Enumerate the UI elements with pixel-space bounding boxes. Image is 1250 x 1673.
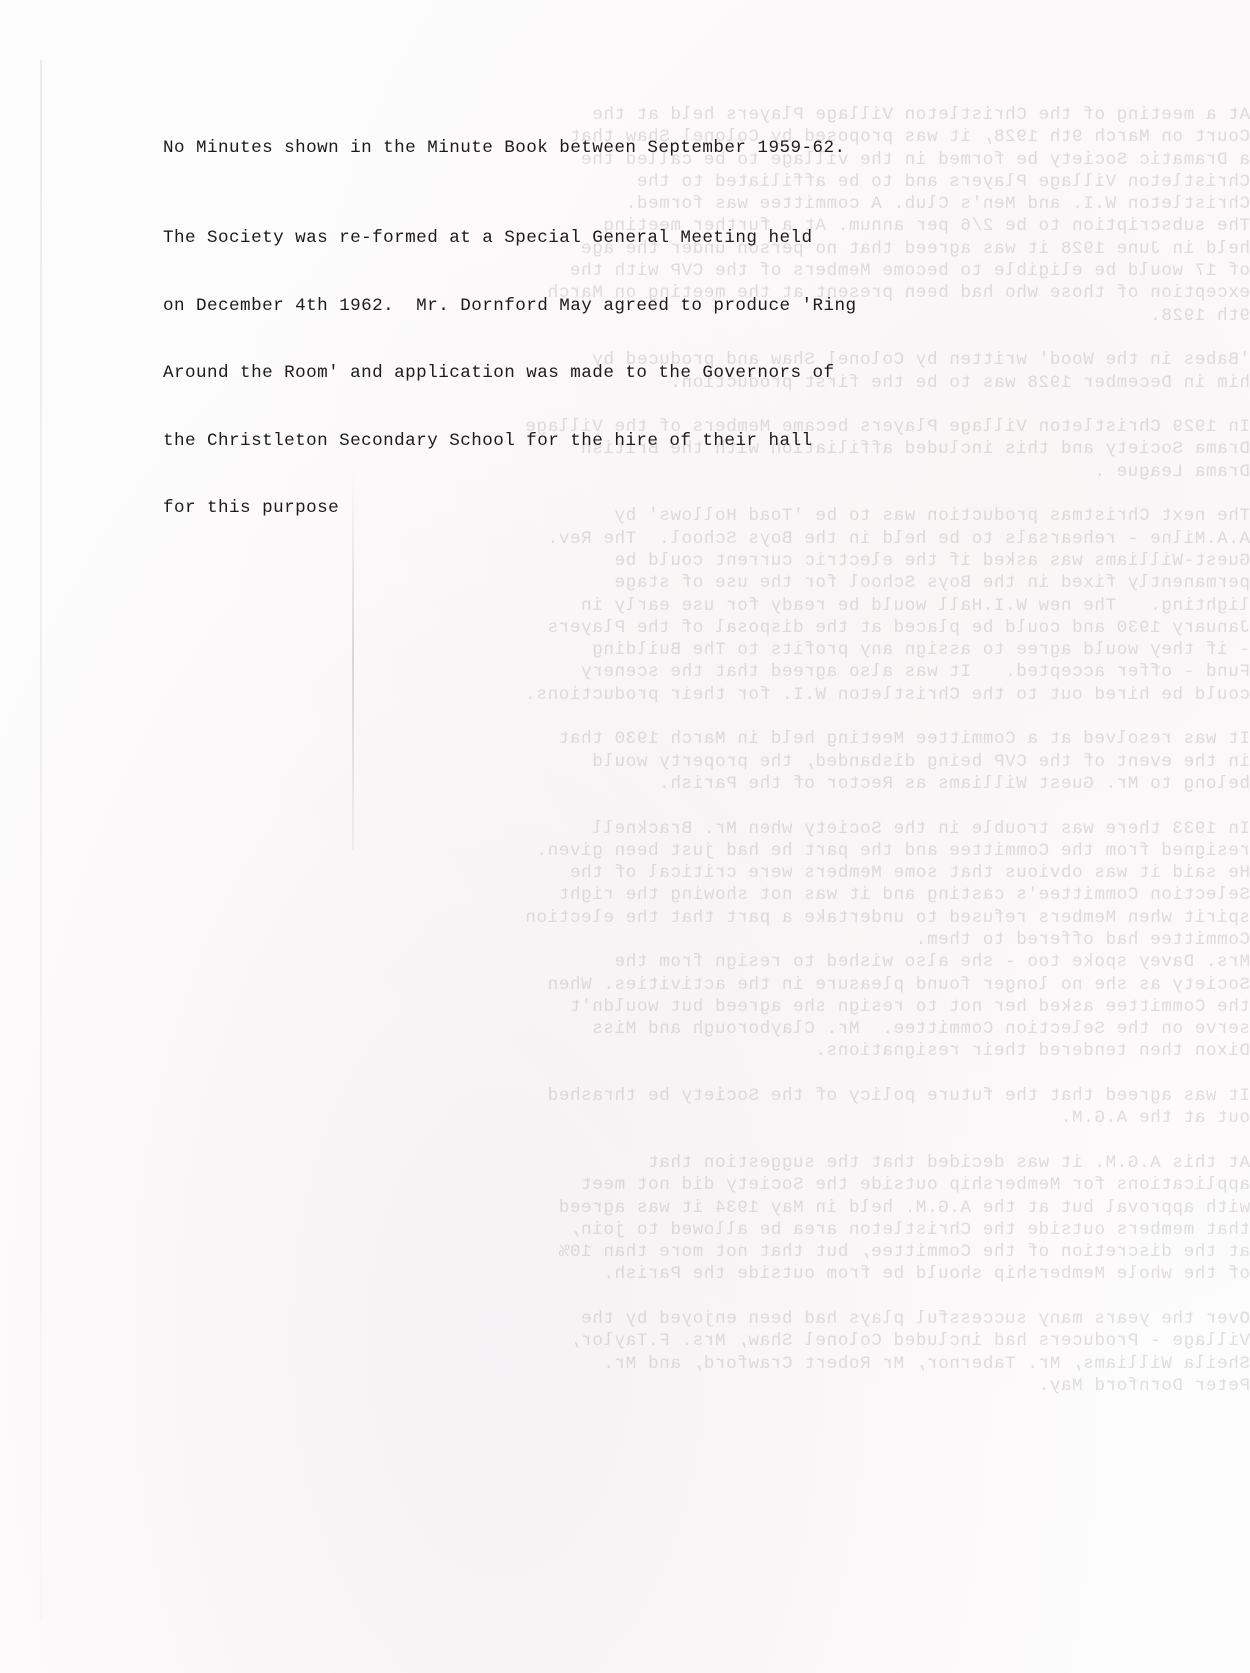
showthrough-line: with approval but at the A.G.M. held in … [170,1197,1250,1219]
showthrough-paragraph: At this A.G.M. it was decided that the s… [170,1152,1250,1286]
showthrough-line: January 1930 and could be placed at the … [170,617,1250,639]
showthrough-line: He said it was obvious that some Members… [170,862,1250,884]
showthrough-line: At this A.G.M. it was decided that the s… [170,1152,1250,1174]
showthrough-line: Peter Dornford May. [170,1375,1250,1397]
showthrough-line: that members outside the Christleton are… [170,1219,1250,1241]
showthrough-paragraph: It was agreed that the future policy of … [170,1085,1250,1130]
showthrough-line: permanently fixed in the Boys School for… [170,572,1250,594]
showthrough-line: Fund - offer accepted. It was also agree… [170,661,1250,683]
showthrough-line: It was agreed that the future policy of … [170,1085,1250,1107]
showthrough-line: In 1933 there was trouble in the Society… [170,818,1250,840]
showthrough-paragraph: It was resolved at a Committee Meeting h… [170,728,1250,795]
heading-line: No Minutes shown in the Minute Book betw… [163,137,857,160]
showthrough-line: serve on the Selection Committee. Mr. Cl… [170,1018,1250,1040]
showthrough-line: Over the years many successful plays had… [170,1308,1250,1330]
showthrough-line: spirit when Members refused to undertake… [170,907,1250,929]
showthrough-line: Sheila Williams, Mr. Tabernor, Mr Robert… [170,1353,1250,1375]
paragraph-line: The Society was re-formed at a Special G… [163,227,857,250]
paragraph-line: for this purpose [163,497,857,520]
showthrough-line: of the whole Membership should be from o… [170,1263,1250,1285]
showthrough-paragraph: In 1933 there was trouble in the Society… [170,818,1250,1063]
showthrough-line: in the event of the CVP being disbanded,… [170,751,1250,773]
showthrough-line: belong to Mr. Guest Williams as Rector o… [170,773,1250,795]
showthrough-line: resigned from the Committee and the part… [170,840,1250,862]
showthrough-line: - if they would agree to assign any prof… [170,639,1250,661]
showthrough-line: Village - Producers had included Colonel… [170,1330,1250,1352]
page-edge-shadow [40,60,42,1620]
showthrough-line: It was resolved at a Committee Meeting h… [170,728,1250,750]
showthrough-line: lighting. The new W.I.Hall would be read… [170,595,1250,617]
showthrough-line: Committee had offered to them. [170,929,1250,951]
showthrough-line: could be hired out to the Christleton W.… [170,684,1250,706]
showthrough-line: the Committee asked her not to resign sh… [170,996,1250,1018]
showthrough-line: Society as she no longer found pleasure … [170,974,1250,996]
showthrough-line: at the discretion of the Committee, but … [170,1241,1250,1263]
showthrough-line: out at the A.G.M. [170,1107,1250,1129]
showthrough-line: Mrs. Davey spoke too - she also wished t… [170,951,1250,973]
paragraph-line: the Christleton Secondary School for the… [163,430,857,453]
scanned-page: At a meeting of the Christleton Village … [0,0,1250,1673]
paragraph-line: Around the Room' and application was mad… [163,362,857,385]
typed-text: No Minutes shown in the Minute Book betw… [163,92,857,565]
showthrough-paragraph: Over the years many successful plays had… [170,1308,1250,1397]
showthrough-line: Selection Committee's casting and it was… [170,884,1250,906]
paragraph-line: on December 4th 1962. Mr. Dornford May a… [163,295,857,318]
showthrough-line: Dixon then tendered their resignations. [170,1040,1250,1062]
showthrough-line: applications for Membership outside the … [170,1174,1250,1196]
